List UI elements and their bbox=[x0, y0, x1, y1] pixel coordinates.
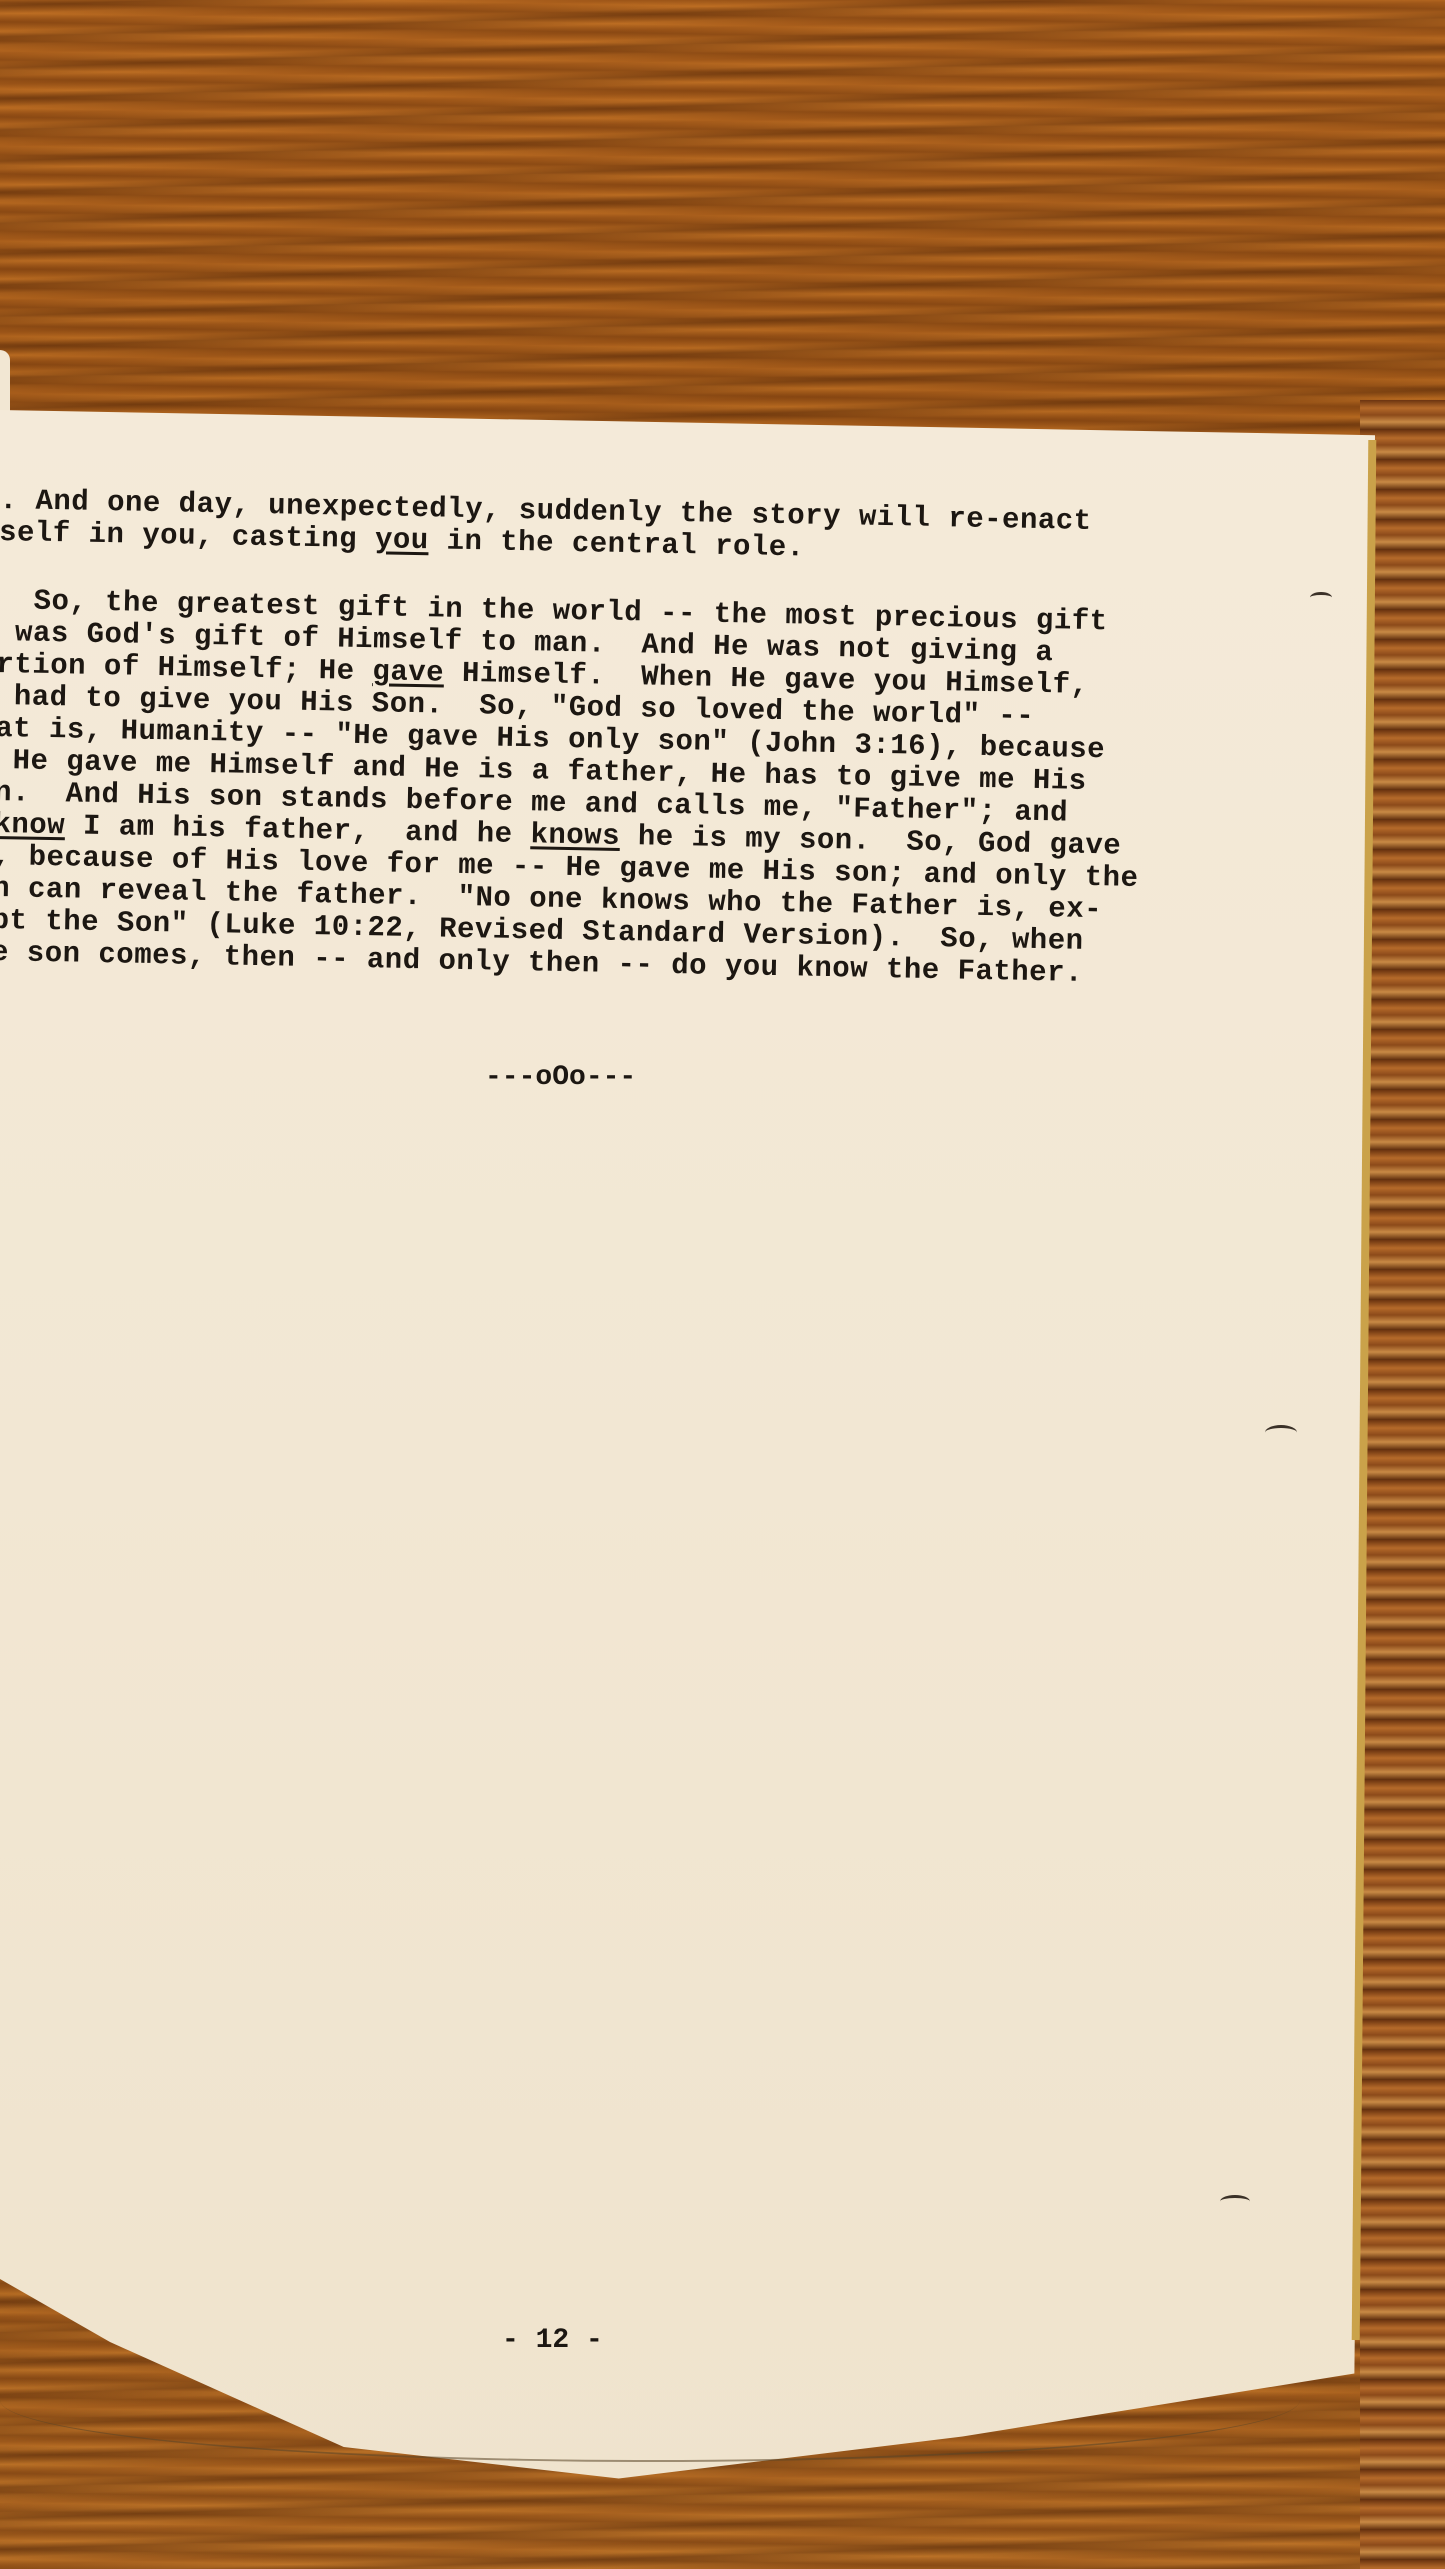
underlying-page-corner bbox=[0, 350, 10, 420]
body-text: . And one day, unexpectedly, suddenly th… bbox=[0, 485, 1300, 994]
page-crease-line bbox=[0, 2400, 1300, 2462]
page-number: - 12 - bbox=[502, 2325, 603, 2356]
underlined-word: knows bbox=[530, 818, 620, 853]
underlined-word: you bbox=[375, 523, 429, 557]
pencil-mark bbox=[1220, 2195, 1250, 2208]
underlined-word: know bbox=[0, 808, 65, 842]
paragraph-2: So, the greatest gift in the world -- th… bbox=[0, 585, 1298, 994]
pencil-mark bbox=[1265, 1425, 1297, 1440]
section-divider: ---oOo--- bbox=[485, 1062, 636, 1093]
underlined-word: gave bbox=[372, 655, 444, 689]
pencil-mark bbox=[1310, 592, 1332, 603]
